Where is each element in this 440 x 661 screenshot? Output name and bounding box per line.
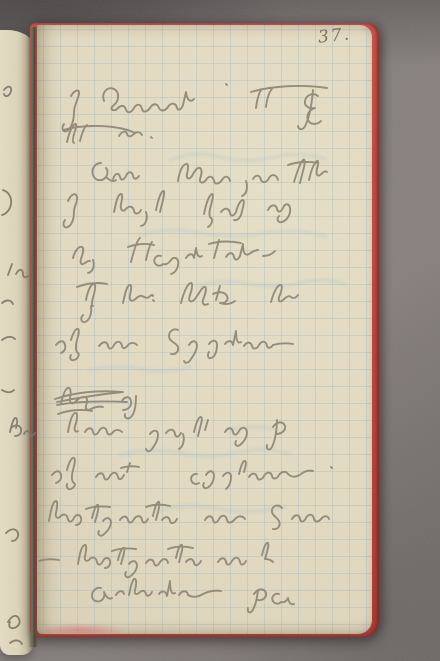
red-edge-smudge (45, 623, 130, 635)
notebook-page (37, 25, 372, 634)
photograph-backdrop: 37. (0, 0, 440, 661)
page-number: 37. (317, 24, 352, 47)
